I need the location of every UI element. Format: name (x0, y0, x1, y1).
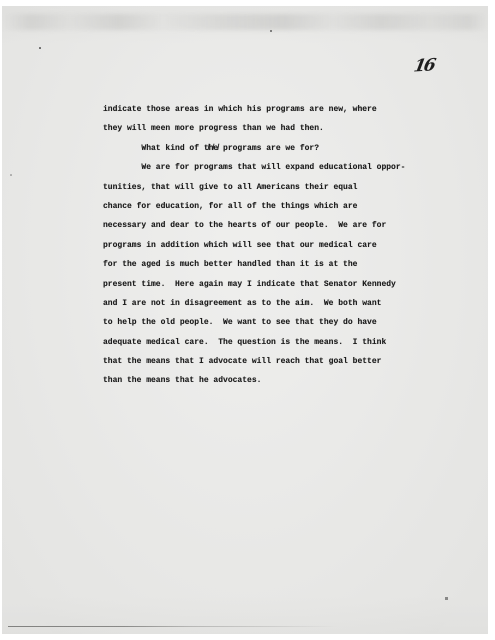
text-line: programs in addition which will see that… (103, 236, 443, 255)
text-line: necessary and dear to the hearts of our … (103, 216, 443, 235)
text-line: tunities, that will give to all American… (103, 178, 443, 197)
text-line: chance for education, for all of the thi… (103, 197, 443, 216)
page-scan: 16 indicate those areas in which his pro… (2, 6, 488, 634)
text-line: to help the old people. We want to see t… (103, 313, 443, 332)
scan-line-bottom (8, 626, 338, 627)
text-line: We are for programs that will expand edu… (103, 158, 443, 177)
text-line: than the means that he advocates. (103, 371, 443, 390)
text-line: they will meen more progress than we had… (103, 119, 443, 138)
handwritten-page-number: 16 (412, 55, 436, 76)
text-line: that the means that I advocate will reac… (103, 352, 443, 371)
scan-frame: 16 indicate those areas in which his pro… (0, 0, 495, 640)
scan-speck (270, 30, 272, 32)
scan-speck (39, 47, 41, 49)
text-line: present time. Here again may I indicate … (103, 275, 443, 294)
scan-speck (445, 597, 448, 600)
scan-smudge-top (2, 14, 488, 30)
text-line: adequate medical care. The question is t… (103, 333, 443, 352)
text-line: indicate those areas in which his progra… (103, 100, 443, 119)
text-line: and I are not in disagreement as to the … (103, 294, 443, 313)
scan-speck (10, 174, 12, 176)
text-line: What kind of t̸h̸e̸ programs are we for? (103, 139, 443, 158)
document-text: indicate those areas in which his progra… (103, 100, 443, 391)
text-line: for the aged is much better handled than… (103, 255, 443, 274)
